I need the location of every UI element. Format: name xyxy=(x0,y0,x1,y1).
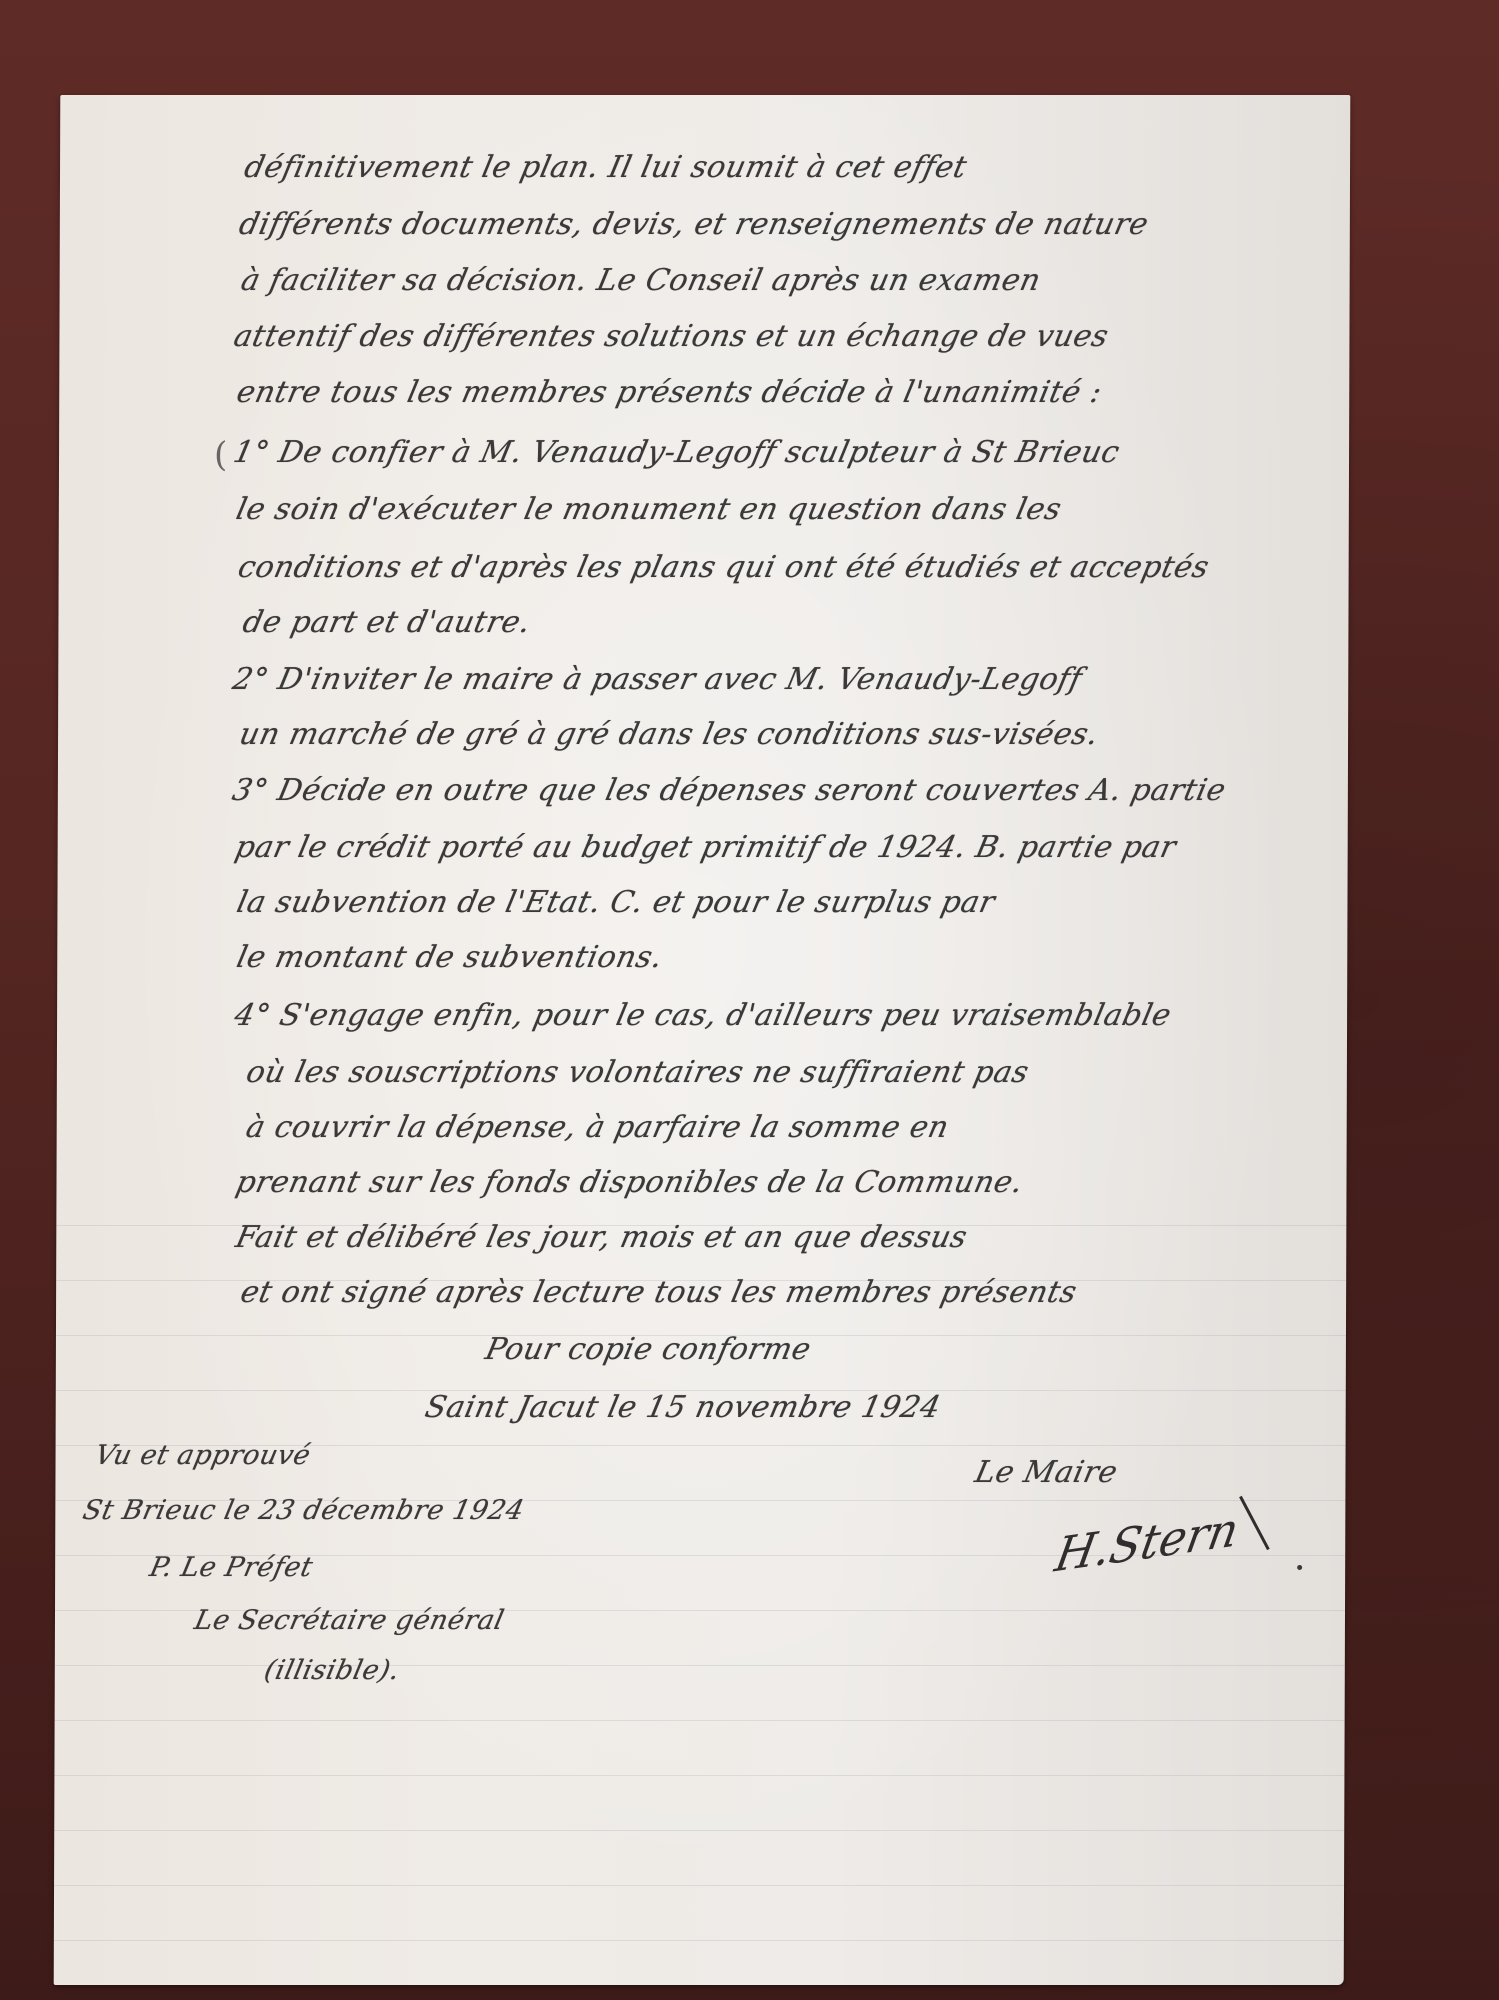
ruled-line xyxy=(55,1665,1345,1666)
approval-line: Vu et approuvé xyxy=(92,1440,313,1471)
ruled-line xyxy=(54,1885,1344,1886)
body-line: la subvention de l'Etat. C. et pour le s… xyxy=(234,885,999,920)
body-line: et ont signé après lecture tous les memb… xyxy=(237,1275,1080,1310)
body-line: 4° S'engage enfin, pour le cas, d'ailleu… xyxy=(231,998,1174,1033)
document-page: ( définitivement le plan. Il lui soumit … xyxy=(54,95,1351,1985)
approval-line: Le Secrétaire général xyxy=(192,1605,507,1636)
body-line: conditions et d'après les plans qui ont … xyxy=(235,550,1212,585)
body-line: attentif des différentes solutions et un… xyxy=(231,319,1112,354)
body-line: Fait et délibéré les jour, mois et an qu… xyxy=(233,1220,971,1255)
approval-line: P. Le Préfet xyxy=(147,1552,316,1583)
body-line: prenant sur les fonds disponibles de la … xyxy=(233,1165,1027,1200)
ruled-line xyxy=(54,1830,1344,1831)
approval-line: St Brieuc le 23 décembre 1924 xyxy=(80,1495,527,1526)
body-line: où les souscriptions volontaires ne suff… xyxy=(243,1055,1032,1090)
body-line: de part et d'autre. xyxy=(240,605,534,640)
body-line: par le crédit porté au budget primitif d… xyxy=(232,830,1179,865)
body-line: définitivement le plan. Il lui soumit à … xyxy=(241,150,970,185)
body-line: à faciliter sa décision. Le Conseil aprè… xyxy=(238,263,1044,298)
body-line: 3° Décide en outre que les dépenses sero… xyxy=(229,773,1229,808)
ruled-line xyxy=(54,1775,1344,1776)
place-date-line: Saint Jacut le 15 novembre 1924 xyxy=(422,1390,944,1425)
body-line: 2° D'inviter le maire à passer avec M. V… xyxy=(229,662,1085,697)
margin-bracket-mark: ( xyxy=(214,435,227,475)
body-line: 1° De confier à M. Venaudy-Legoff sculpt… xyxy=(230,435,1123,470)
mayor-title: Le Maire xyxy=(972,1455,1121,1490)
certification-line: Pour copie conforme xyxy=(482,1332,814,1367)
body-line: un marché de gré à gré dans les conditio… xyxy=(236,717,1102,752)
approval-line: (illisible). xyxy=(261,1655,402,1686)
body-line: le soin d'exécuter le monument en questi… xyxy=(233,492,1065,527)
body-line: entre tous les membres présents décide à… xyxy=(233,375,1105,410)
body-line: à couvrir la dépense, à parfaire la somm… xyxy=(243,1110,952,1145)
ruled-line xyxy=(54,1940,1344,1941)
signature-dot xyxy=(1297,1565,1302,1570)
body-line: le montant de subventions. xyxy=(234,940,667,975)
ruled-line xyxy=(55,1720,1345,1721)
body-line: différents documents, devis, et renseign… xyxy=(236,207,1152,242)
